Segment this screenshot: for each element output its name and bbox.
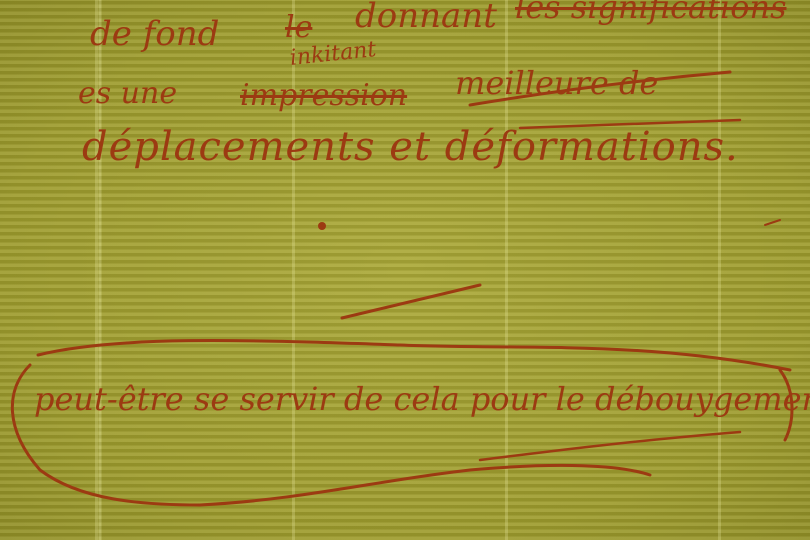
dash-mark xyxy=(342,285,480,318)
small-mark xyxy=(765,220,780,225)
long-tail-stroke xyxy=(470,72,730,105)
enclosing-loop-bottom xyxy=(200,465,650,505)
manuscript-page: de fond le donnant les significations in… xyxy=(0,0,810,540)
enclosing-loop-left xyxy=(12,365,200,505)
ink-dot xyxy=(318,222,326,230)
enclosing-loop-top xyxy=(38,341,790,370)
ink-strokes xyxy=(0,0,810,540)
underline-stroke xyxy=(480,432,740,460)
line3-tail-stroke xyxy=(520,120,740,128)
enclosing-loop-right xyxy=(780,370,792,440)
